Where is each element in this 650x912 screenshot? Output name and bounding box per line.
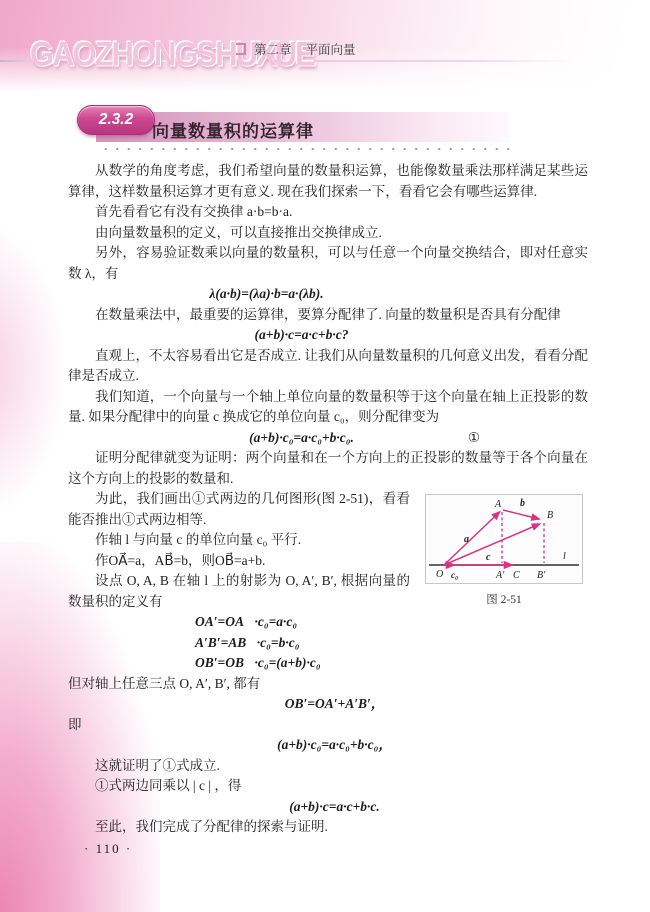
paragraph: 由向量数量积的定义，可以直接推出交换律成立.	[68, 223, 588, 244]
paragraph: 证明分配律就变为证明：两个向量和在一个方向上的正投影的数量等于各个向量在这个方向…	[68, 448, 588, 489]
figure-canvas: A B a b c l O c₀ A′ C B′	[425, 494, 583, 584]
paragraph: 至此，我们完成了分配律的探索与证明.	[68, 817, 588, 838]
chapter-number: 第二章	[254, 40, 292, 58]
display-formula: (a+b)·c=a·c+b·c.	[68, 797, 574, 818]
section-title: 向量数量积的运算律	[152, 117, 314, 142]
point-label-C: C	[513, 570, 520, 581]
paragraph: ①式两边同乘以 | c | ，得	[68, 776, 588, 797]
paragraph: 直观上，不太容易看出它是否成立. 让我们从向量数量积的几何意义出发，看看分配律是…	[68, 346, 588, 387]
display-formula: OA′=OA⃗·c₀=a·c₀，	[168, 612, 588, 633]
point-label-A-prime: A′	[495, 570, 505, 581]
display-formula: (a+b)·c₀=a·c₀+b·c₀，	[68, 735, 574, 756]
display-formula: OB′=OB⃗·c₀=(a+b)·c₀，	[168, 653, 588, 674]
figure-2-51: A B a b c l O c₀ A′ C B′ 图 2-51	[420, 494, 588, 611]
paragraph: 另外，容易验证数乘以向量的数量积，可以与任意一个向量交换结合，即对任意实数 λ，…	[68, 243, 588, 284]
vector-a	[444, 512, 500, 565]
paragraph: 但对轴上任意三点 O, A′, B′, 都有	[68, 674, 588, 695]
display-formula: OB′=OA′+A′B′，	[68, 694, 574, 715]
vector-label-a: a	[464, 534, 469, 545]
vector-b	[503, 510, 539, 519]
figure-caption: 图 2-51	[420, 590, 588, 611]
paragraph: 从数学的角度考虑，我们希望向量的数量积运算，也能像数量乘法那样满足某些运算律，这…	[68, 161, 588, 202]
page-body: 从数学的角度考虑，我们希望向量的数量积运算，也能像数量乘法那样满足某些运算律，这…	[0, 161, 650, 838]
point-label-O: O	[436, 569, 443, 580]
vector-label-c0: c₀	[451, 570, 458, 580]
page-number: · 110 ·	[84, 841, 132, 857]
chapter-marker-icon	[236, 43, 246, 55]
vector-label-c: c	[486, 552, 491, 563]
formula-text: (a+b)·c₀=a·c₀+b·c₀.	[249, 430, 354, 445]
section-number-badge: 2.3.2	[77, 105, 155, 135]
chapter-title: 平面向量	[306, 40, 356, 58]
display-formula: (a+b)·c=a·c+b·c?	[68, 325, 508, 346]
point-label-B: B	[547, 510, 553, 521]
vector-label-b: b	[520, 498, 525, 509]
breadcrumb: 第二章 平面向量	[236, 41, 356, 57]
paragraph: 在数量乘法中，最重要的运算律，要算分配律了. 向量的数量积是否具有分配律	[68, 305, 588, 326]
axis-label-l: l	[563, 551, 566, 562]
display-formula: A′B′=AB⃗·c₀=b·c₀，	[168, 633, 588, 654]
display-formula-numbered: (a+b)·c₀=a·c₀+b·c₀. ①	[68, 428, 508, 449]
equation-number: ①	[441, 428, 480, 449]
point-label-B-prime: B′	[537, 570, 546, 581]
point-label-A: A	[494, 499, 502, 510]
dotted-rule	[100, 147, 512, 151]
display-formula: λ(a·b)=(λa)·b=a·(λb).	[68, 284, 438, 305]
vector-diagram: A B a b c l O c₀ A′ C B′	[426, 495, 582, 583]
paragraph: 我们知道，一个向量与一个轴上单位向量的数量积等于这个向量在轴上正投影的数量. 如…	[68, 387, 588, 428]
paragraph: 即	[68, 715, 588, 736]
textbook-page: GAOZHONGSHUXUE 第二章 平面向量 2.3.2 向量数量积的运算律 …	[0, 0, 650, 912]
paragraph: 这就证明了①式成立.	[68, 756, 588, 777]
vector-a-plus-b	[444, 524, 540, 565]
paragraph: 首先看看它有没有交换律 a·b=b·a.	[68, 202, 588, 223]
